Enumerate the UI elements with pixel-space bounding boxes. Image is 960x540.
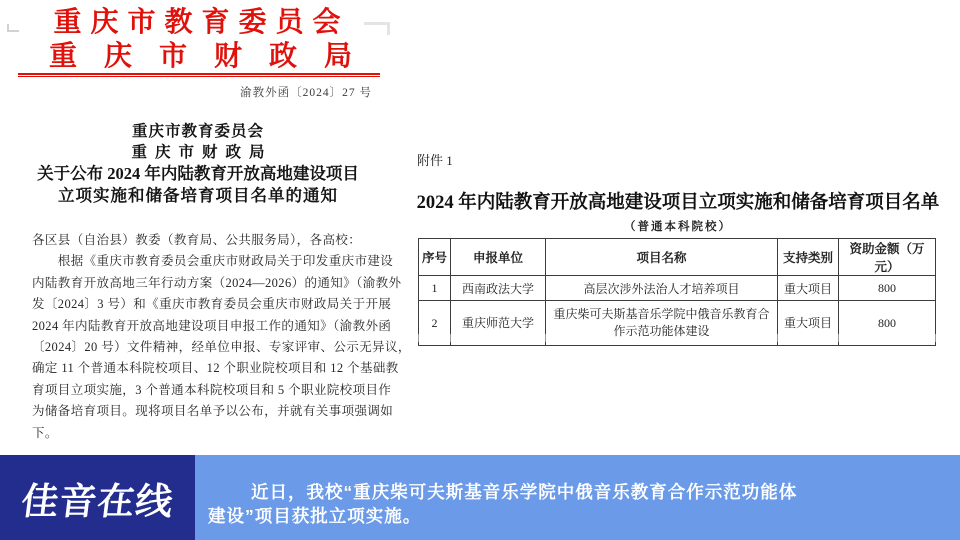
- letterhead-double-rule: [18, 73, 380, 77]
- col-header-amount: 资助金额（万元）: [839, 239, 936, 276]
- banner-news-line2: 建设”项目获批立项实施。: [208, 504, 946, 528]
- letterhead-agency-2: 重庆市财政局: [22, 40, 372, 74]
- table-header-row: 序号 申报单位 项目名称 支持类别 资助金额（万元）: [419, 239, 936, 276]
- notice-body-line: 2024 年内陆教育开放高地建设项目申报工作的通知》（渝教外函: [32, 316, 380, 337]
- cell-amount: 800: [839, 276, 936, 301]
- announcement-slide: 重庆市教育委员会 重庆市财政局 渝教外函〔2024〕27 号 重庆市教育委员会 …: [0, 0, 960, 540]
- cell-unit: 西南政法大学: [451, 276, 546, 301]
- banner-brand-box: 佳音在线: [0, 455, 195, 540]
- attachment-title: 2024 年内陆教育开放高地建设项目立项实施和储备培育项目名单: [408, 188, 948, 214]
- table-cropped-row-lines: [418, 334, 936, 342]
- notice-title-line1: 重庆市教育委员会: [22, 121, 374, 142]
- cell-index: 1: [419, 276, 451, 301]
- cell-project: 高层次涉外法治人才培养项目: [546, 276, 778, 301]
- table-row: 1 西南政法大学 高层次涉外法治人才培养项目 重大项目 800: [419, 276, 936, 301]
- notice-body-line: 内陆教育开放高地三年行动方案（2024—2026）的通知》（渝教外: [32, 273, 380, 294]
- col-header-index: 序号: [419, 239, 451, 276]
- notice-title-line2: 重庆市财政局: [22, 142, 374, 163]
- notice-title-line4: 立项实施和储备培育项目名单的通知: [22, 185, 374, 207]
- banner-brand-label: 佳音在线: [18, 471, 177, 525]
- notice-title-line3: 关于公布 2024 年内陆教育开放高地建设项目: [22, 163, 374, 185]
- letterhead: 重庆市教育委员会 重庆市财政局: [22, 6, 372, 74]
- notice-body-line: 为储备培育项目。现将项目名单予以公布，并就有关事项强调如: [32, 401, 380, 422]
- notice-body-line: 发〔2024〕3 号）和《重庆市教育委员会重庆市财政局关于开展: [32, 294, 380, 315]
- notice-body-line: 育项目立项实施，3 个普通本科院校项目和 5 个职业院校项目作: [32, 380, 380, 401]
- notice-body-line: 确定 11 个普通本科院校项目、12 个职业院校项目和 12 个基础教: [32, 358, 380, 379]
- notice-body-line: 各区县（自治县）教委（教育局、公共服务局），各高校：: [32, 230, 380, 251]
- banner-news-line1: 近日，我校“重庆柴可夫斯基音乐学院中俄音乐教育合作示范功能体: [208, 480, 946, 504]
- col-header-type: 支持类别: [778, 239, 839, 276]
- notice-body: 各区县（自治县）教委（教育局、公共服务局），各高校： 根据《重庆市教育委员会重庆…: [32, 230, 380, 444]
- notice-body-line: 下。: [32, 423, 380, 444]
- cell-type: 重大项目: [778, 276, 839, 301]
- scan-artifact-left: [7, 24, 19, 32]
- letterhead-agency-1: 重庆市教育委员会: [22, 6, 372, 40]
- document-number: 渝教外函〔2024〕27 号: [0, 84, 372, 100]
- project-table: 序号 申报单位 项目名称 支持类别 资助金额（万元） 1 西南政法大学 高层次涉…: [418, 238, 936, 346]
- attachment-label: 附件 1: [417, 150, 453, 169]
- notice-body-line: 〔2024〕20 号）文件精神，经单位申报、专家评审、公示无异议，: [32, 337, 380, 358]
- col-header-project: 项目名称: [546, 239, 778, 276]
- attachment-subtitle: （普通本科院校）: [408, 218, 948, 234]
- notice-title: 重庆市教育委员会 重庆市财政局 关于公布 2024 年内陆教育开放高地建设项目 …: [22, 121, 374, 207]
- news-banner: 佳音在线 近日，我校“重庆柴可夫斯基音乐学院中俄音乐教育合作示范功能体 建设”项…: [0, 455, 960, 540]
- notice-body-line: 根据《重庆市教育委员会重庆市财政局关于印发重庆市建设: [32, 251, 380, 272]
- col-header-unit: 申报单位: [451, 239, 546, 276]
- banner-news-text: 近日，我校“重庆柴可夫斯基音乐学院中俄音乐教育合作示范功能体 建设”项目获批立项…: [195, 455, 960, 540]
